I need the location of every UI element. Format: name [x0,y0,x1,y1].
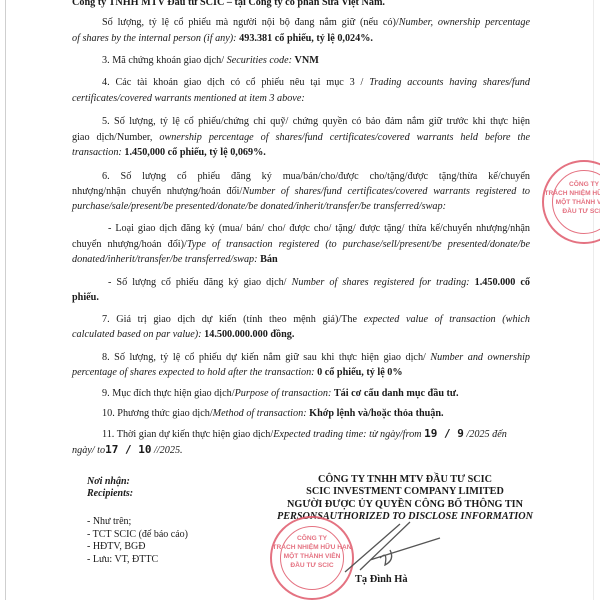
recipient-item: - Như trên; [87,516,188,529]
item-6-type-line1: - Loại giao dịch đăng ký (mua/ bán/ cho/… [72,222,530,235]
recipient-item: - HĐTV, BGĐ [87,541,188,554]
item-3: 3. Mã chứng khoán giao dịch/ Securities … [72,54,530,67]
header-line: Công ty TNHH MTV Đầu tư SCIC – tại Công … [72,0,385,9]
recipient-item: - Lưu: VT, ĐTTC [87,554,188,567]
internal-holding-line1: Số lượng, tỷ lệ cổ phiếu mà người nội bộ… [72,16,530,29]
item-8-line1: 8. Số lượng, tỷ lệ cổ phiếu dự kiến nắm … [72,351,530,364]
item-11-line1: 11. Thời gian dự kiến thực hiện giao dịc… [72,427,530,441]
to-date-handwritten: 17 / 10 [105,443,151,456]
item-6-type-line2: chuyển nhượng/hoán đổi)/Type of transact… [72,238,530,251]
page-left-edge [5,0,6,600]
handwritten-signature [340,520,450,580]
item-5-line2: giao dịch/Number, ownership percentage o… [72,131,530,144]
page-right-edge [593,0,594,600]
internal-holding-line2: of shares by the internal person (if any… [72,32,373,45]
item-4-line2: certificates/covered warrants mentioned … [72,92,305,105]
recipient-item: - TCT SCIC (để báo cáo) [87,529,188,542]
item-6-line2: nhượng/nhận chuyển nhượng/hoán đổi/Numbe… [72,185,530,198]
item-6-line3: purchase/sale/present/be presented/donat… [72,200,446,213]
item-4-line1: 4. Các tài khoản giao dịch có cổ phiếu n… [72,76,530,89]
item-6-line1: 6. Số lượng cổ phiếu đăng ký mua/bán/cho… [72,170,530,183]
item-8-line2: percentage of shares expected to hold af… [72,366,403,379]
signer-name: Tạ Đình Hà [355,574,408,585]
signature-block: CÔNG TY TNHH MTV ĐẦU TƯ SCIC SCIC INVEST… [255,474,555,523]
item-7-line2: calculated based on par value): 14.500.0… [72,328,294,341]
item-7-line1: 7. Giá trị giao dịch dự kiến (tính theo … [72,313,530,326]
recipients-list: - Như trên; - TCT SCIC (để báo cáo) - HĐ… [87,516,188,566]
page-seal-partial: CÔNG TY TRÁCH NHIỆM HỮU HẠN MỘT THÀNH VI… [542,160,600,244]
item-11-line2: ngày/ to17 / 10 //2025. [72,443,183,457]
item-10: 10. Phương thức giao dịch/Method of tran… [72,407,530,420]
item-6-qty-line2: phiếu. [72,291,99,304]
item-6-qty-line1: - Số lượng cổ phiếu đăng ký giao dịch/ N… [72,276,530,289]
item-5-line1: 5. Số lượng, tỷ lệ cổ phiếu/chứng chỉ qu… [72,115,530,128]
from-date-handwritten: 19 / 9 [424,427,464,440]
item-5-line3: transaction: 1.450,000 cổ phiếu, tỷ lệ 0… [72,146,266,159]
item-6-type-line3: donated/inherit/transfer/be transferred/… [72,253,278,266]
item-9: 9. Mục đích thực hiện giao dịch/Purpose … [72,387,530,400]
